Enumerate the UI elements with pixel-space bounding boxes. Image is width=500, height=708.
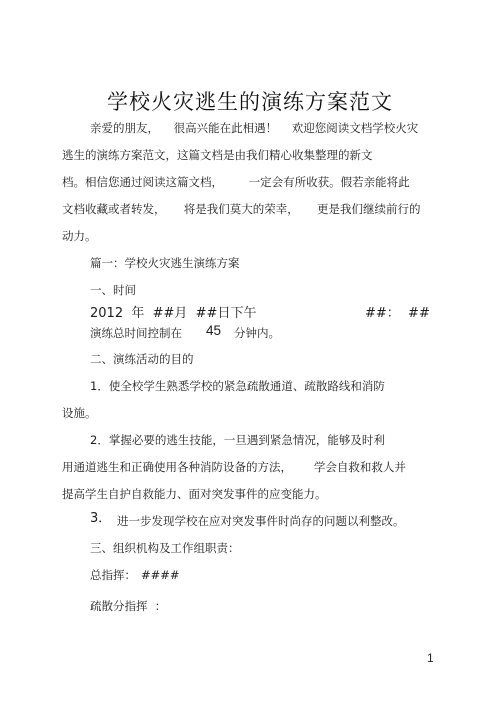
goal-1-line-2: 设施。 xyxy=(62,406,97,420)
goal-2-line-1: 2．掌握必要的逃生技能，一旦遇到紧急情况，能够及时利 xyxy=(90,433,385,447)
goal-2-line-2: 用通道逃生和正确使用各种消防设备的方法， 学会自救和救人并 xyxy=(62,460,406,474)
intro-line-4: 文档收藏或者转发， 将是我们莫大的荣幸， 更是我们继续前行的 xyxy=(62,202,421,216)
date-line: 2012 年 ##月 ##日下午 xyxy=(90,307,256,321)
goal-2-line-3: 提高学生自护自救能力、面对突发事件的应变能力。 xyxy=(62,487,327,501)
duration-value: 45 xyxy=(206,324,221,338)
page-number: 1 xyxy=(427,651,434,665)
intro-line-5: 动力。 xyxy=(62,229,97,243)
section-3-heading: 三、组织机构及工作组职责： xyxy=(90,541,240,555)
intro-line-1: 亲爱的朋友， 很高兴能在此相遇！ 欢迎您阅读文档学校火灾 xyxy=(90,121,418,135)
commander-label: 总指挥： xyxy=(90,568,136,582)
goal-3-number: 3． xyxy=(90,512,111,526)
evac-commander-label: 疏散分指挥 ： xyxy=(90,599,166,613)
document-title: 学校火灾逃生的演练方案范文 xyxy=(0,86,500,116)
intro-line-3: 档。相信您通过阅读这篇文档， 一定会有所收获。假若亲能将此 xyxy=(62,175,410,189)
section-2-heading: 二、演练活动的目的 xyxy=(90,352,194,366)
goal-1-line-1: 1．使全校学生熟悉学校的紧急疏散通道、疏散路线和消防 xyxy=(90,379,385,393)
part-heading: 篇一：学校火灾逃生演练方案 xyxy=(90,256,240,270)
goal-3-text: 进一步发现学校在应对突发事件时尚存的问题以利整改。 xyxy=(117,514,405,528)
commander-value: #### xyxy=(141,568,180,582)
duration-suffix: 分钟内。 xyxy=(234,326,280,340)
duration-prefix: 演练总时间控制在 xyxy=(90,326,182,340)
document-page: 学校火灾逃生的演练方案范文 亲爱的朋友， 很高兴能在此相遇！ 欢迎您阅读文档学校… xyxy=(0,0,500,708)
section-1-heading: 一、时间 xyxy=(90,283,136,297)
time-value: ##： ## xyxy=(365,307,430,321)
intro-line-2: 逃生的演练方案范文，这篇文档是由我们精心收集整理的新文 xyxy=(62,148,373,162)
